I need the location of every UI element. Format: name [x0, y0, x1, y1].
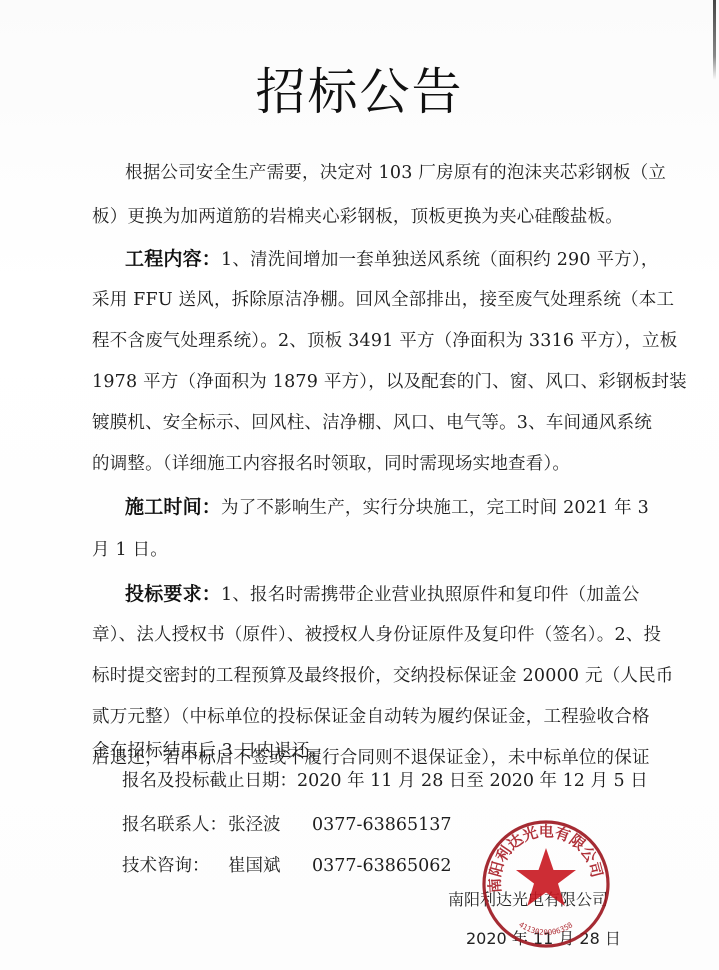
intro-line-1: 根据公司安全生产需要，决定对 103 厂房原有的泡沫夹芯彩钢板（立 [125, 163, 666, 183]
bid-requirements-line-1: 投标要求：1、报名时需携带企业营业执照原件和复印件（加盖公 [125, 584, 639, 605]
svg-text:南阳利达光电有限公司: 南阳利达光电有限公司 [486, 823, 606, 894]
construction-time-line-2: 月 1 日。 [92, 540, 168, 560]
document-title: 招标公告 [0, 52, 719, 124]
bid-requirements-line-2: 章）、法人授权书（原件）、被授权人身份证原件及复印件（签名）。2、投 [92, 625, 661, 645]
document-page: 招标公告 根据公司安全生产需要，决定对 103 厂房原有的泡沫夹芯彩钢板（立 板… [0, 0, 719, 970]
signature-company: 南阳利达光电有限公司 [448, 890, 608, 910]
bid-requirements-line-6: 金在招标结束后 3 日内退还。 [92, 741, 327, 761]
construction-time-heading: 施工时间： [125, 496, 221, 518]
contact-registration-label: 报名联系人： [122, 815, 227, 835]
contact-technical: 技术咨询： 崔国斌 0377-63865062 [122, 856, 210, 876]
project-content-text-1: 1、清洗间增加一套单独送风系统（面积约 290 平方）， [221, 250, 659, 270]
bid-requirements-heading: 投标要求： [125, 583, 221, 605]
bid-requirements-text-1: 1、报名时需携带企业营业执照原件和复印件（加盖公 [221, 585, 639, 605]
contact-technical-name: 崔国斌 [228, 856, 281, 876]
intro-line-2: 板）更换为加两道筋的岩棉夹心彩钢板，顶板更换为夹心硅酸盐板。 [92, 207, 623, 227]
project-content-line-2: 采用 FFU 送风，拆除原洁净棚。回风全部排出，接至废气处理系统（本工 [92, 290, 674, 310]
deadline-label: 报名及投标截止日期： [122, 771, 297, 791]
project-content-line-3: 程不含废气处理系统）。2、顶板 3491 平方（净面积为 3316 平方），立板 [92, 331, 677, 351]
contact-technical-phone: 0377-63865062 [312, 856, 452, 876]
project-content-line-6: 的调整。（详细施工内容报名时领取，同时需现场实地查看）。 [92, 454, 570, 474]
bid-requirements-line-4: 贰万元整）（中标单位的投标保证金自动转为履约保证金，工程验收合格 [92, 707, 650, 727]
project-content-line-5: 镀膜机、安全标示、回风柱、洁净棚、风口、电气等。3、车间通风系统 [92, 413, 652, 433]
contact-technical-label: 技术咨询： [122, 856, 210, 876]
contact-registration-phone: 0377-63865137 [312, 815, 452, 835]
project-content-line-1: 工程内容：1、清洗间增加一套单独送风系统（面积约 290 平方）， [125, 249, 659, 270]
contact-registration: 报名联系人： 张泾波 0377-63865137 [122, 815, 227, 835]
bid-requirements-line-3: 标时提交密封的工程预算及最终报价，交纳投标保证金 20000 元（人民币 [92, 666, 674, 686]
project-content-line-4: 1978 平方（净面积为 1879 平方），以及配套的门、窗、风口、彩钢板封装 [92, 372, 687, 392]
deadline-line: 报名及投标截止日期：2020 年 11 月 28 日至 2020 年 12 月 … [122, 771, 648, 791]
construction-time-text-1: 为了不影响生产，实行分块施工，完工时间 2021 年 3 [221, 498, 649, 518]
construction-time-line-1: 施工时间：为了不影响生产，实行分块施工，完工时间 2021 年 3 [125, 497, 649, 518]
project-content-heading: 工程内容： [125, 248, 221, 270]
signature-date: 2020 年 11 月 28 日 [466, 929, 621, 949]
deadline-value: 2020 年 11 月 28 日至 2020 年 12 月 5 日 [297, 771, 648, 791]
contact-registration-name: 张泾波 [228, 815, 281, 835]
seal-text: 南阳利达光电有限公司 [486, 823, 606, 894]
